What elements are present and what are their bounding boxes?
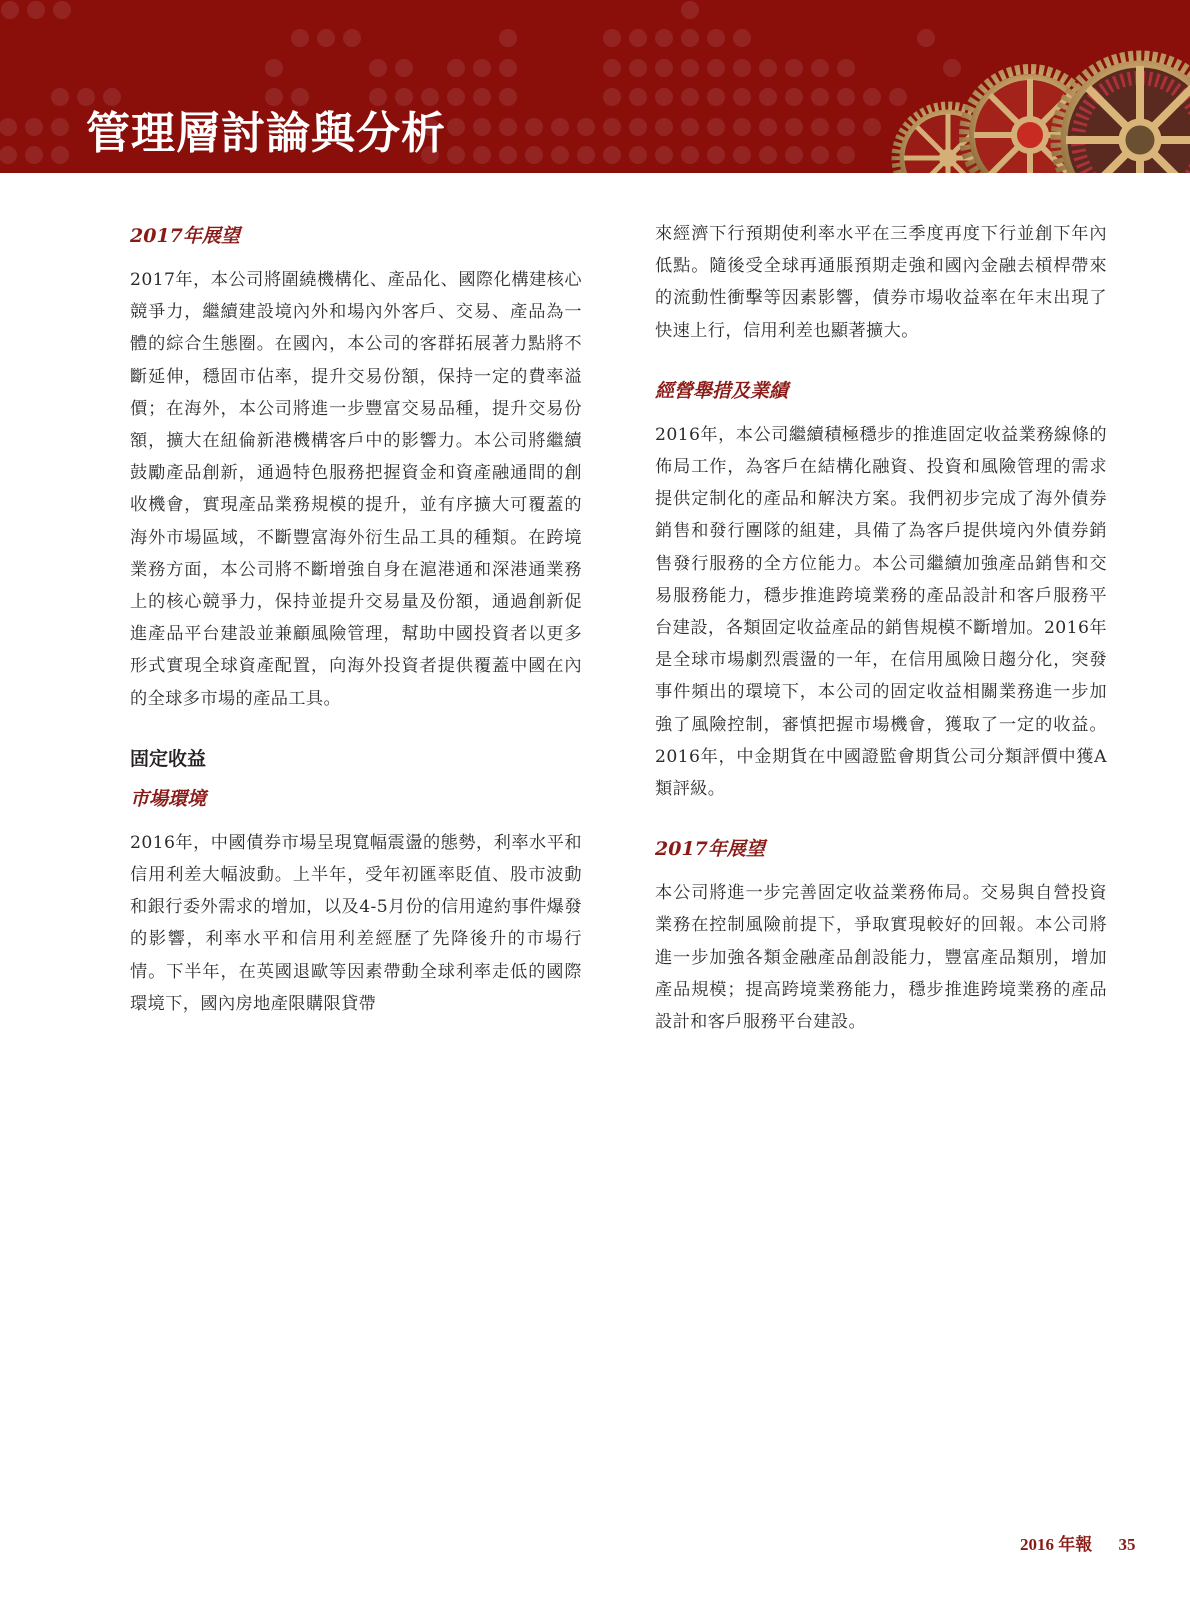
fixed-income-outlook-paragraph: 本公司將進一步完善固定收益業務佈局。交易與自營投資業務在控制風險前提下，爭取實現…	[655, 877, 1107, 1038]
market-environment-paragraph-continued: 來經濟下行預期使利率水平在三季度再度下行並創下年內低點。隨後受全球再通脹預期走強…	[655, 218, 1107, 347]
fixed-income-outlook-heading: 2017年展望	[655, 835, 1107, 863]
gears-icon	[890, 40, 1190, 173]
header-banner: 管理層討論與分析	[0, 0, 1190, 173]
left-column: 2017年展望 2017年，本公司將圍繞機構化、產品化、國際化構建核心競爭力，繼…	[130, 222, 582, 1020]
right-column: 來經濟下行預期使利率水平在三季度再度下行並創下年內低點。隨後受全球再通脹預期走強…	[655, 222, 1107, 1038]
annual-report-label: 2016 年報	[1020, 1535, 1092, 1554]
outlook-2017-heading: 2017年展望	[130, 222, 582, 250]
outlook-2017-paragraph: 2017年，本公司將圍繞機構化、產品化、國際化構建核心競爭力，繼續建設境內外和場…	[130, 264, 582, 715]
fixed-income-heading: 固定收益	[130, 745, 582, 773]
operations-paragraph: 2016年，本公司繼續積極穩步的推進固定收益業務線條的佈局工作，為客戶在結構化融…	[655, 419, 1107, 805]
market-environment-heading: 市場環境	[130, 785, 582, 813]
market-environment-paragraph: 2016年，中國債券市場呈現寬幅震盪的態勢，利率水平和信用利差大幅波動。上半年，…	[130, 827, 582, 1020]
page-title: 管理層討論與分析	[86, 108, 446, 160]
page-number: 35	[1119, 1535, 1136, 1554]
page-footer: 2016 年報 35	[1020, 1530, 1136, 1555]
operations-heading: 經營舉措及業績	[655, 377, 1107, 405]
